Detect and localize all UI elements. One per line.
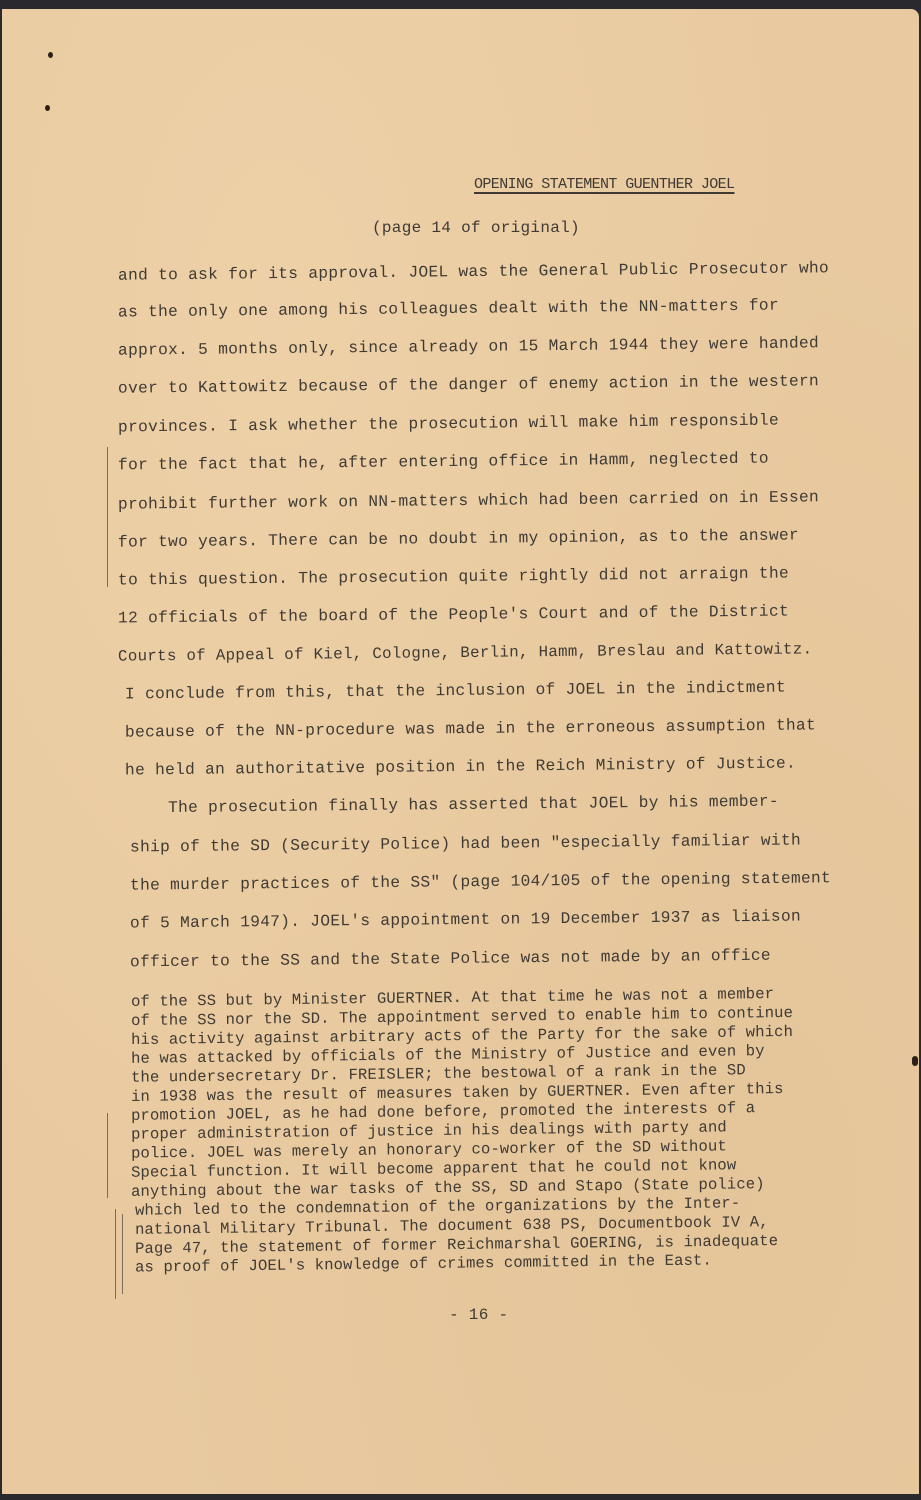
original-page-reference: (page 14 of original) [372,219,580,237]
margin-line [122,1214,123,1294]
document-heading: OPENING STATEMENT GUENTHER JOEL [474,176,734,193]
margin-line [107,447,108,587]
edge-mark [912,1056,918,1066]
punch-mark [48,52,53,58]
page-number: - 16 - [449,1306,508,1324]
margin-line [107,1113,108,1198]
margin-line [115,1209,116,1299]
punch-mark [45,105,50,111]
